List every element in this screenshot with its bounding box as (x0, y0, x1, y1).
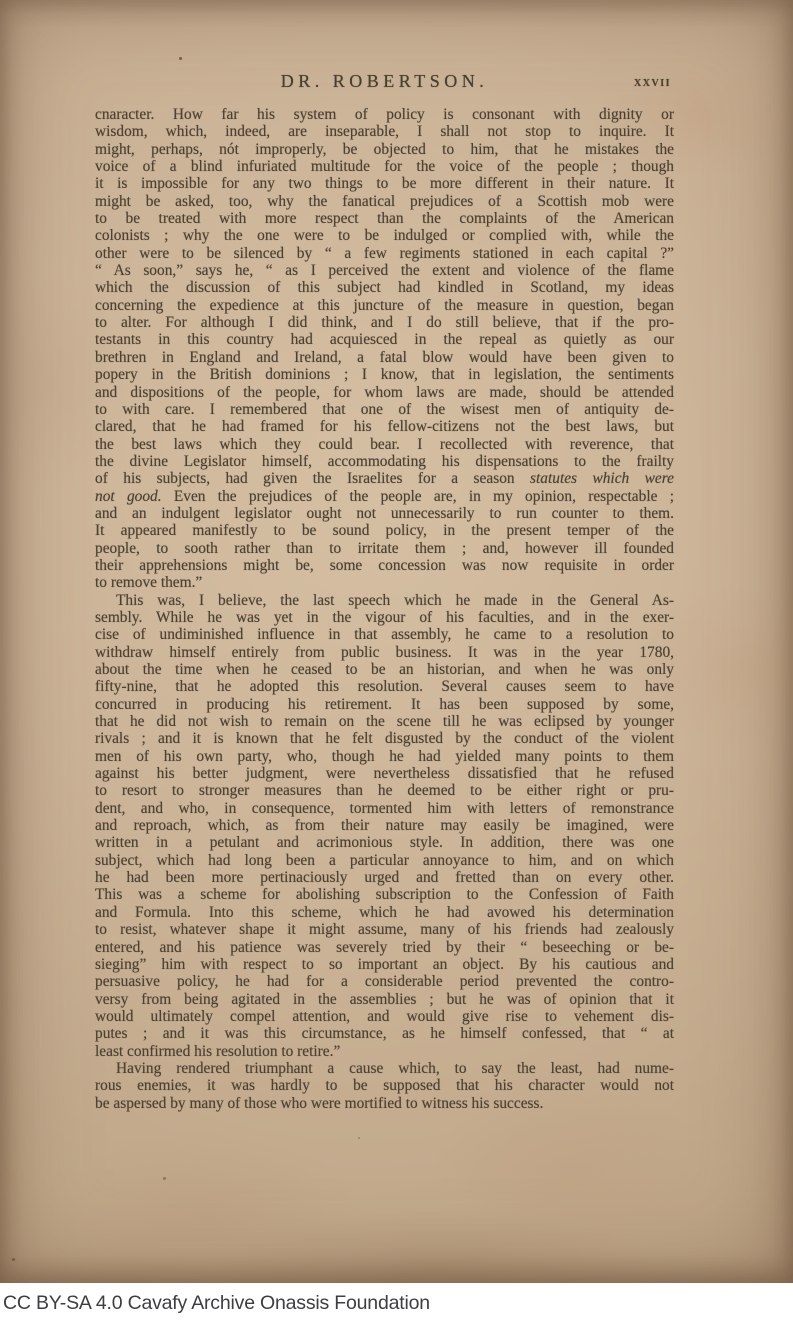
text-line: not good. Even the prejudices of the peo… (95, 488, 674, 505)
text-line: concerning the expedience at this junctu… (95, 297, 674, 314)
text-line: against his better judgment, were nevert… (95, 765, 674, 782)
license-text: CC BY-SA 4.0 Cavafy Archive Onassis Foun… (0, 1292, 430, 1315)
text-line: and an indulgent legislator ought not un… (95, 505, 674, 522)
text-line: to with care. I remembered that one of t… (95, 401, 674, 418)
text-line: that he did not wish to remain on the sc… (95, 713, 674, 730)
text-line: would ultimately compel attention, and w… (95, 1008, 674, 1025)
text-line: colonists ; why the one were to be indul… (95, 227, 674, 244)
text-block: DR. ROBERTSON. xxvii cnaracter. How far … (95, 70, 674, 1112)
text-line: testants in this country had acquiesced … (95, 331, 674, 348)
page-number: xxvii (634, 75, 671, 91)
text-line: he had been more pertinaciously urged an… (95, 869, 674, 886)
text-line: This was, I believe, the last speech whi… (95, 592, 674, 609)
text-line: of his subjects, had given the Israelite… (95, 470, 674, 487)
paper-speck (12, 1258, 15, 1261)
text-line: cise of undiminished influence in that a… (95, 626, 674, 643)
text-line: the best laws which they could bear. I r… (95, 436, 674, 453)
paper-speck (358, 1137, 360, 1139)
text-line: cnaracter. How far his system of policy … (95, 106, 674, 123)
text-line: subject, which had long been a particula… (95, 852, 674, 869)
text-line: it is impossible for any two things to b… (95, 175, 674, 192)
text-line: might, perhaps, nót improperly, be objec… (95, 141, 674, 158)
scanned-book-page-view: DR. ROBERTSON. xxvii cnaracter. How far … (0, 0, 793, 1324)
text-line: putes ; and it was this circumstance, as… (95, 1025, 674, 1042)
text-line: This was a scheme for abolishing subscri… (95, 886, 674, 903)
text-line: other were to be silenced by “ a few reg… (95, 245, 674, 262)
text-line: rous enemies, it was hardly to be suppos… (95, 1077, 674, 1094)
page-title: DR. ROBERTSON. (95, 70, 674, 92)
text-line: least confirmed his resolution to retire… (95, 1043, 674, 1060)
text-line: their apprehensions might be, some conce… (95, 557, 674, 574)
text-line: entered, and his patience was severely t… (95, 939, 674, 956)
page-body: cnaracter. How far his system of policy … (95, 106, 674, 1112)
text-line: clared, that he had framed for his fello… (95, 418, 674, 435)
text-line: It appeared manifestly to be sound polic… (95, 522, 674, 539)
text-line: be aspersed by many of those who were mo… (95, 1095, 674, 1112)
paper-scan: DR. ROBERTSON. xxvii cnaracter. How far … (0, 0, 793, 1283)
text-line: dent, and who, in consequence, tormented… (95, 800, 674, 817)
text-line: might be asked, too, why the fanatical p… (95, 193, 674, 210)
text-line: to resist, whatever shape it might assum… (95, 921, 674, 938)
text-line: to resort to stronger measures than he d… (95, 782, 674, 799)
running-head: DR. ROBERTSON. xxvii (95, 70, 674, 106)
text-line: fifty-nine, that he adopted this resolut… (95, 678, 674, 695)
text-line: “ As soon,” says he, “ as I perceived th… (95, 262, 674, 279)
text-line: which the discussion of this subject had… (95, 279, 674, 296)
text-line: voice of a blind infuriated multitude fo… (95, 158, 674, 175)
text-line: to remove them.” (95, 574, 674, 591)
text-line: withdraw himself entirely from public bu… (95, 644, 674, 661)
text-line: sembly. While he was yet in the vigour o… (95, 609, 674, 626)
text-line: to alter. For although I did think, and … (95, 314, 674, 331)
text-line: persuasive policy, he had for a consider… (95, 973, 674, 990)
text-line: concurred in producing his retirement. I… (95, 696, 674, 713)
text-line: rivals ; and it is known that he felt di… (95, 730, 674, 747)
text-line: about the time when he ceased to be an h… (95, 661, 674, 678)
text-line: and dispositions of the people, for whom… (95, 384, 674, 401)
text-line: and reproach, which, as from their natur… (95, 817, 674, 834)
text-line: written in a petulant and acrimonious st… (95, 834, 674, 851)
text-line: versy from being agitated in the assembl… (95, 991, 674, 1008)
text-line: sieging” him with respect to so importan… (95, 956, 674, 973)
text-line: men of his own party, who, though he had… (95, 748, 674, 765)
text-line: wisdom, which, indeed, are inseparable, … (95, 123, 674, 140)
text-line: Having rendered triumphant a cause which… (95, 1060, 674, 1077)
text-line: popery in the British dominions ; I know… (95, 366, 674, 383)
text-line: the divine Legislator himself, accommoda… (95, 453, 674, 470)
license-bar: CC BY-SA 4.0 Cavafy Archive Onassis Foun… (0, 1283, 793, 1324)
text-line: to be treated with more respect than the… (95, 210, 674, 227)
text-line: and Formula. Into this scheme, which he … (95, 904, 674, 921)
paper-speck (163, 1177, 166, 1180)
paper-speck (179, 57, 182, 60)
text-line: brethren in England and Ireland, a fatal… (95, 349, 674, 366)
text-line: people, to sooth rather than to irritate… (95, 540, 674, 557)
